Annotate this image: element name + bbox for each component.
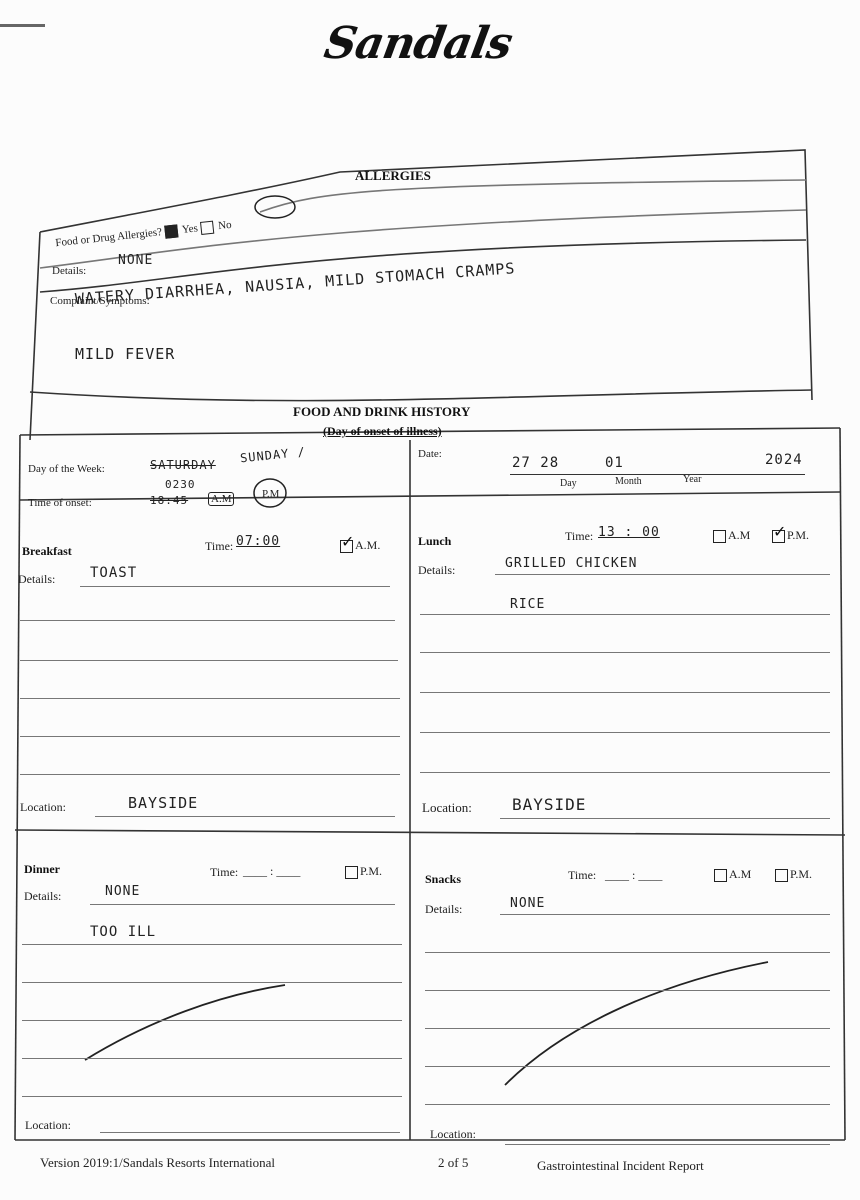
dinner-pm-option[interactable]: P.M. [345, 864, 382, 879]
dinner-details-1[interactable]: NONE [105, 884, 140, 899]
snacks-am-checkbox[interactable] [714, 869, 727, 882]
lunch-am-checkbox[interactable] [713, 530, 726, 543]
time-of-onset-value[interactable]: 0230 [165, 478, 196, 491]
complaint-line-2[interactable]: MILD FEVER [75, 345, 175, 363]
dinner-pm-label: P.M. [360, 864, 382, 878]
lunch-am-option[interactable]: A.M [713, 528, 750, 543]
history-subtitle: (Day of onset of illness) [323, 424, 442, 439]
breakfast-am-option[interactable]: A.M. [340, 538, 380, 553]
lunch-pm-option[interactable]: P.M. [772, 528, 809, 543]
snacks-pm-checkbox[interactable] [775, 869, 788, 882]
snacks-time-value[interactable]: ____ : ____ [605, 868, 662, 883]
allergy-details-label: Details: [52, 265, 86, 277]
lunch-label: Lunch [418, 534, 451, 549]
breakfast-time-label: Time: [205, 539, 233, 554]
date-day[interactable]: 27 28 [512, 455, 559, 471]
snacks-pm-label: P.M. [790, 867, 812, 881]
snacks-am-label: A.M [729, 867, 751, 881]
snacks-details-1[interactable]: NONE [510, 896, 545, 911]
lunch-pm-checkbox[interactable] [772, 530, 785, 543]
breakfast-am-label: A.M. [355, 538, 380, 552]
allergy-details-value[interactable]: NONE [118, 253, 153, 268]
footer-report-name: Gastrointestinal Incident Report [537, 1158, 704, 1174]
dinner-details-label: Details: [24, 889, 61, 904]
time-of-onset-struck: 18:45 [150, 494, 188, 507]
lunch-location-label: Location: [422, 800, 472, 816]
allergies-title: ALLERGIES [355, 168, 431, 184]
day-caption: Day [560, 478, 577, 489]
dinner-pm-checkbox[interactable] [345, 866, 358, 879]
snacks-pm-option[interactable]: P.M. [775, 867, 812, 882]
breakfast-location-value[interactable]: BAYSIDE [128, 794, 198, 812]
snacks-details-label: Details: [425, 902, 462, 917]
dinner-details-2[interactable]: TOO ILL [90, 924, 156, 940]
onset-pm-option[interactable]: P.M [262, 488, 279, 500]
day-of-week-value[interactable]: SATURDAY [150, 458, 216, 472]
breakfast-time-value[interactable]: 07:00 [236, 534, 280, 549]
breakfast-details-1[interactable]: TOAST [90, 565, 137, 581]
allergy-yes-label: Yes [181, 222, 198, 236]
lunch-time-label: Time: [565, 529, 593, 544]
lunch-details-1[interactable]: GRILLED CHICKEN [505, 556, 637, 571]
lunch-details-label: Details: [418, 563, 455, 578]
date-month[interactable]: 01 [605, 455, 624, 471]
snacks-location-label: Location: [430, 1127, 476, 1142]
footer-version: Version 2019:1/Sandals Resorts Internati… [40, 1155, 275, 1171]
lunch-details-2[interactable]: RICE [510, 597, 545, 612]
dinner-location-label: Location: [25, 1118, 71, 1133]
footer-page-number: 2 of 5 [438, 1155, 468, 1171]
year-caption: Year [683, 474, 701, 485]
snacks-time-label: Time: [568, 868, 596, 883]
dinner-time-label: Time: [210, 865, 238, 880]
breakfast-am-checkbox[interactable] [340, 540, 353, 553]
allergy-yes-checkbox[interactable] [164, 224, 178, 238]
onset-am-option[interactable]: A.M [208, 492, 234, 506]
breakfast-label: Breakfast [22, 544, 72, 559]
date-year[interactable]: 2024 [765, 452, 803, 468]
history-title: FOOD AND DRINK HISTORY [293, 404, 470, 420]
dinner-label: Dinner [24, 862, 60, 877]
breakfast-details-label: Details: [18, 572, 55, 587]
lunch-pm-label: P.M. [787, 528, 809, 542]
allergy-no-label: No [218, 219, 233, 232]
snacks-label: Snacks [425, 872, 461, 887]
month-caption: Month [615, 476, 642, 487]
lunch-location-value[interactable]: BAYSIDE [512, 795, 586, 814]
snacks-am-option[interactable]: A.M [714, 867, 751, 882]
allergy-no-checkbox[interactable] [200, 221, 214, 235]
time-of-onset-label: Time of onset: [28, 497, 92, 509]
lunch-am-label: A.M [728, 528, 750, 542]
lunch-time-value[interactable]: 13 : 00 [598, 525, 660, 540]
breakfast-location-label: Location: [20, 800, 66, 815]
day-of-week-label: Day of the Week: [28, 463, 105, 475]
date-label: Date: [418, 448, 442, 460]
dinner-time-value[interactable]: ____ : ____ [243, 864, 300, 879]
